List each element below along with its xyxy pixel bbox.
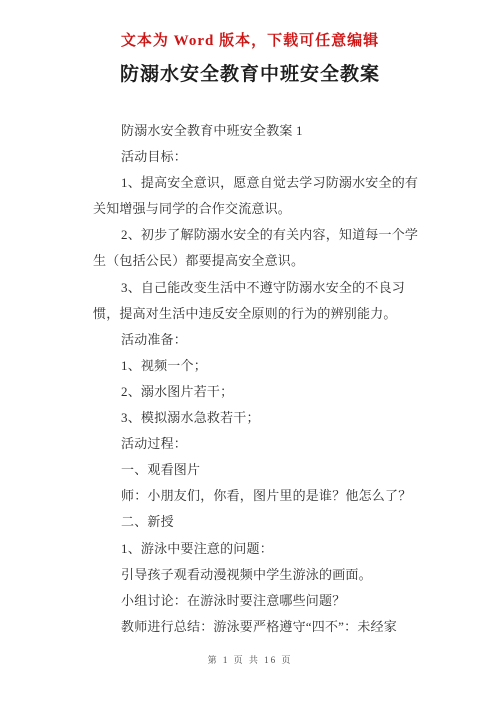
body-line: 3、自己能改变生活中不遵守防溺水安全的不良习 (93, 275, 423, 301)
body-line: 防溺水安全教育中班安全教案 1 (93, 118, 423, 144)
page-number-footer: 第 1 页 共 16 页 (0, 653, 500, 666)
body-line: 活动目标： (93, 144, 423, 170)
body-line: 2、溺水图片若干； (93, 379, 423, 405)
body-line: 教师进行总结：游泳要严格遵守“四不”：未经家 (93, 614, 423, 640)
document-page: 文本为 Word 版本，下载可任意编辑 防溺水安全教育中班安全教案 防溺水安全教… (0, 0, 500, 707)
body-line: 一、观看图片 (93, 457, 423, 483)
body-line: 引导孩子观看动漫视频中学生游泳的画面。 (93, 562, 423, 588)
body-line: 小组讨论：在游泳时要注意哪些问题？ (93, 588, 423, 614)
body-line: 师：小朋友们，你看，图片里的是谁？他怎么了？ (93, 483, 423, 509)
body-line: 惯，提高对生活中违反安全原则的行为的辨别能力。 (93, 301, 423, 327)
body-line: 2、初步了解防溺水安全的有关内容，知道每一个学 (93, 222, 423, 248)
body-line: 二、新授 (93, 509, 423, 535)
body-line: 1、游泳中要注意的问题： (93, 536, 423, 562)
body-line: 活动过程： (93, 431, 423, 457)
body-line: 3、模拟溺水急救若干； (93, 405, 423, 431)
word-notice: 文本为 Word 版本，下载可任意编辑 (0, 29, 500, 50)
body-line: 生（包括公民）都要提高安全意识。 (93, 248, 423, 274)
body-line: 1、提高安全意识，愿意自觉去学习防溺水安全的有 (93, 170, 423, 196)
body-line: 关知增强与同学的合作交流意识。 (93, 196, 423, 222)
page-title: 防溺水安全教育中班安全教案 (0, 59, 500, 86)
document-body: 防溺水安全教育中班安全教案 1 活动目标： 1、提高安全意识，愿意自觉去学习防溺… (93, 118, 423, 640)
body-line: 1、视频一个； (93, 353, 423, 379)
body-line: 活动准备： (93, 327, 423, 353)
